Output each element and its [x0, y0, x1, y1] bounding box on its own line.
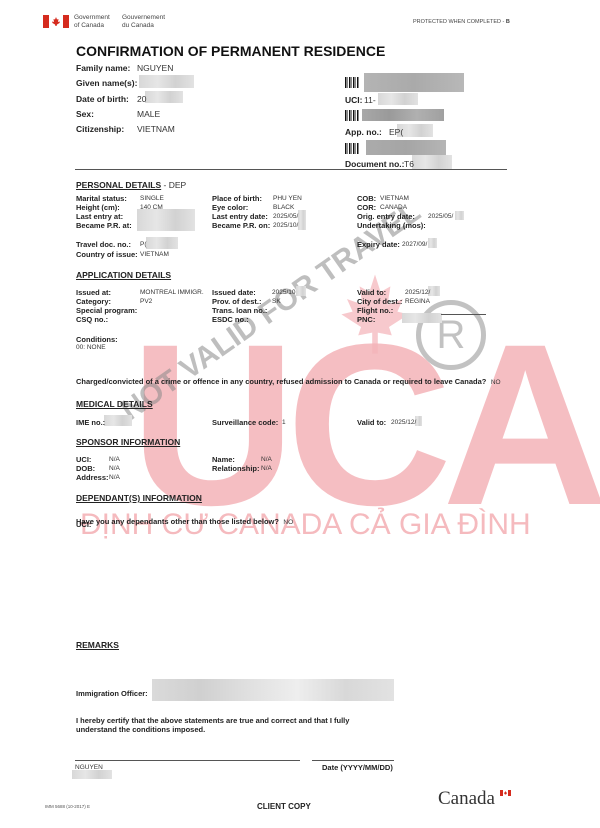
valid-to-value: 2025/12/: [405, 289, 430, 296]
dob-value: 20: [137, 94, 146, 104]
last-entry-date-value: 2025/05/: [273, 213, 298, 220]
sex-label: Sex:: [76, 109, 94, 119]
certify-line1: I hereby certify that the above statemen…: [76, 716, 349, 725]
prov-label: Prov. of dest.:: [212, 297, 261, 306]
redacted-pnc: [402, 313, 442, 323]
valid-to-label: Valid to:: [357, 288, 386, 297]
gov-fr-line2: du Canada: [122, 22, 165, 30]
city-label: City of dest.:: [357, 297, 402, 306]
csq-label: CSQ no.:: [76, 315, 108, 324]
sponsor-dob-value: N/A: [109, 465, 120, 472]
undertaking-label: Undertaking (mos):: [357, 221, 426, 230]
redacted-officer-signature: [152, 679, 394, 701]
issued-date-value: 2025/10: [272, 289, 296, 296]
sponsor-uci-label: UCI:: [76, 455, 91, 464]
redacted-expiry: [428, 238, 437, 248]
signer-name: NGUYEN: [75, 764, 103, 771]
charged-question: Charged/convicted of a crime or offence …: [76, 371, 501, 389]
family-name-value: NGUYEN: [137, 63, 173, 73]
redacted-travel-doc: [146, 237, 178, 249]
city-value: REGINA: [405, 298, 430, 305]
given-name-label: Given name(s):: [76, 78, 137, 88]
height-label: Height (cm):: [76, 203, 120, 212]
medical-section-title: MEDICAL DETAILS: [76, 399, 153, 409]
redacted-app-barcode: [362, 109, 444, 121]
app-no-label: App. no.:: [345, 127, 382, 137]
app-barcode: [345, 110, 359, 121]
category-value: PV2: [140, 298, 152, 305]
gov-fr-line1: Gouvernement: [122, 14, 165, 22]
pnc-label: PNC:: [357, 315, 375, 324]
form-code: IMM 5688 (10-2017) E: [45, 804, 90, 809]
sponsor-rel-value: N/A: [261, 465, 272, 472]
redacted-issued-date: [296, 286, 306, 296]
dob-label: Date of birth:: [76, 94, 129, 104]
category-label: Category:: [76, 297, 111, 306]
last-entry-date-label: Last entry date:: [212, 212, 268, 221]
doc-barcode: [345, 143, 359, 154]
redacted-doc-no: [412, 155, 452, 170]
page-title: CONFIRMATION OF PERMANENT RESIDENCE: [76, 43, 385, 59]
sponsor-address-value: N/A: [109, 474, 120, 481]
trans-loan-label: Trans. loan no.:: [212, 306, 267, 315]
uci-label: UCI:: [345, 95, 362, 105]
pob-value: PHU YEN: [273, 195, 302, 202]
marital-value: SINGLE: [140, 195, 164, 202]
uci-barcode: [345, 77, 359, 88]
country-issue-label: Country of issue:: [76, 250, 138, 259]
last-entry-at-label: Last entry at:: [76, 212, 123, 221]
expiry-value: 2027/09/: [402, 241, 427, 248]
sponsor-rel-label: Relationship:: [212, 464, 260, 473]
redacted-signer-given-name: [72, 770, 112, 779]
issued-at-value: MONTREAL IMMIGR.: [140, 289, 204, 296]
cob-value: VIETNAM: [380, 195, 409, 202]
orig-entry-label: Orig. entry date:: [357, 212, 415, 221]
dependants-section-title: DEPENDANT(S) INFORMATION: [76, 493, 202, 503]
citizenship-label: Citizenship:: [76, 124, 124, 134]
redacted-entry-dates: [298, 210, 306, 230]
cor-label: COR:: [357, 203, 376, 212]
became-pr-on-value: 2025/10/: [273, 222, 298, 229]
sponsor-dob-label: DOB:: [76, 464, 95, 473]
pob-label: Place of birth:: [212, 194, 262, 203]
medical-valid-label: Valid to:: [357, 418, 386, 427]
certify-line2: understand the conditions imposed.: [76, 725, 205, 734]
gov-en-line1: Government: [74, 14, 110, 22]
client-copy-label: CLIENT COPY: [257, 802, 311, 811]
doc-no-label: Document no.:: [345, 159, 405, 169]
signature-line: [75, 760, 300, 761]
dependants-question: Have you any dependants other than those…: [76, 511, 293, 529]
medical-valid-value: 2025/12/: [391, 419, 416, 426]
ime-label: IME no.:: [76, 418, 105, 427]
became-pr-at-label: Became P.R. at:: [76, 221, 132, 230]
sponsor-section-title: SPONSOR INFORMATION: [76, 437, 180, 447]
remarks-section-title: REMARKS: [76, 640, 119, 650]
protected-notice: PROTECTED WHEN COMPLETED - B: [413, 19, 510, 25]
issued-date-label: Issued date:: [212, 288, 256, 297]
travel-doc-value: P(: [140, 241, 147, 248]
citizenship-value: VIETNAM: [137, 124, 175, 134]
marital-label: Marital status:: [76, 194, 127, 203]
sponsor-uci-value: N/A: [109, 456, 120, 463]
personal-section-title: PERSONAL DETAILS - DEP: [76, 175, 186, 193]
esdc-label: ESDC no.:: [212, 315, 249, 324]
conditions-value: 00: NONE: [76, 344, 106, 351]
country-issue-value: VIETNAM: [140, 251, 169, 258]
sponsor-address-label: Address:: [76, 473, 109, 482]
redacted-entry-location: [137, 209, 195, 231]
dependant-uci-label: UCI:: [76, 520, 91, 529]
registered-mark-watermark: R: [416, 300, 486, 370]
canada-wordmark: Canada: [438, 788, 495, 810]
issued-at-label: Issued at:: [76, 288, 111, 297]
cor-value: CANADA: [380, 204, 407, 211]
family-name-label: Family name:: [76, 63, 130, 73]
surveillance-value: 1: [282, 419, 286, 426]
officer-label: Immigration Officer:: [76, 689, 148, 698]
became-pr-on-label: Became P.R. on:: [212, 221, 270, 230]
redacted-doc-barcode: [366, 140, 446, 155]
surveillance-label: Surveillance code:: [212, 418, 278, 427]
prov-value: SK: [272, 298, 281, 305]
redacted-given-name: [139, 75, 194, 88]
conditions-label: Conditions:: [76, 335, 118, 344]
redacted-dob: [145, 91, 183, 103]
wordmark-flag-icon: [500, 790, 511, 796]
sponsor-name-value: N/A: [261, 456, 272, 463]
flight-label: Flight no.:: [357, 306, 393, 315]
travel-doc-label: Travel doc. no.:: [76, 240, 131, 249]
app-no-value: EP(: [389, 127, 403, 137]
special-program-label: Special program:: [76, 306, 137, 315]
pnc-line: [441, 314, 486, 315]
doc-no-value: T6: [404, 159, 414, 169]
gov-en-line2: of Canada: [74, 22, 110, 30]
redacted-orig-entry: [455, 211, 464, 220]
header-divider: [75, 169, 507, 170]
date-label: Date (YYYY/MM/DD): [322, 763, 393, 772]
redacted-ime: [104, 415, 132, 426]
height-value: 140 CM: [140, 204, 163, 211]
orig-entry-value: 2025/05/: [428, 213, 453, 220]
uci-value: 11-: [364, 95, 376, 105]
eye-label: Eye color:: [212, 203, 248, 212]
expiry-label: Expiry date:: [357, 240, 400, 249]
date-line: [312, 760, 394, 761]
cob-label: COB:: [357, 194, 376, 203]
redacted-uci-barcode: [364, 73, 464, 92]
canada-flag-icon: [43, 15, 69, 28]
redacted-uci: [378, 93, 418, 105]
sex-value: MALE: [137, 109, 160, 119]
application-section-title: APPLICATION DETAILS: [76, 270, 171, 280]
sponsor-name-label: Name:: [212, 455, 235, 464]
eye-value: BLACK: [273, 204, 294, 211]
